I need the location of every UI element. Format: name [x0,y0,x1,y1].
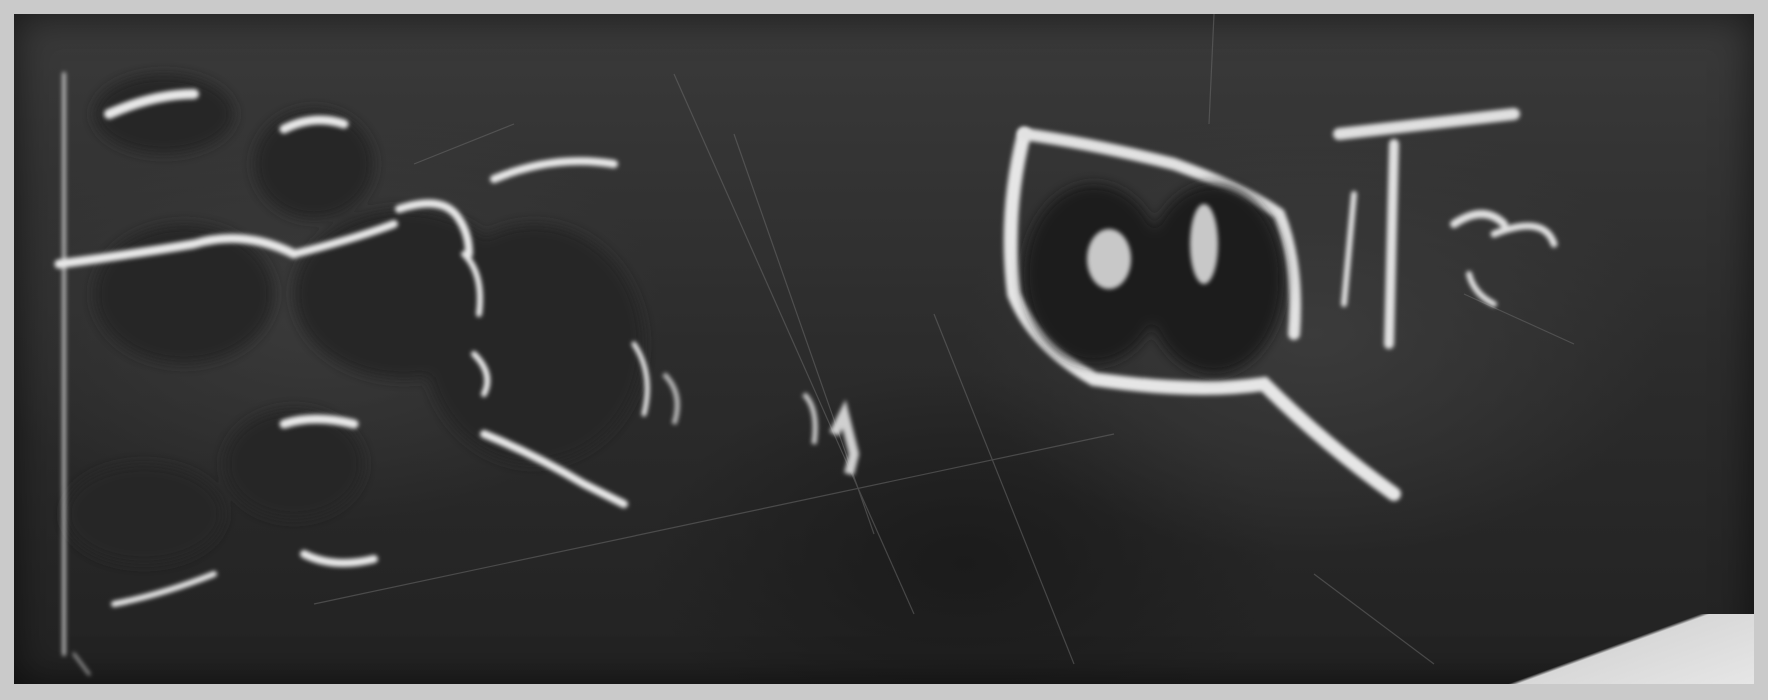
center-glint [664,374,854,474]
left-punch-mark [59,74,647,674]
metal-surface [14,14,1754,684]
hallmarks-drawing [14,14,1754,684]
chipped-corner [1454,614,1754,684]
photo-frame [0,0,1768,700]
right-shield-mark [1011,114,1554,494]
